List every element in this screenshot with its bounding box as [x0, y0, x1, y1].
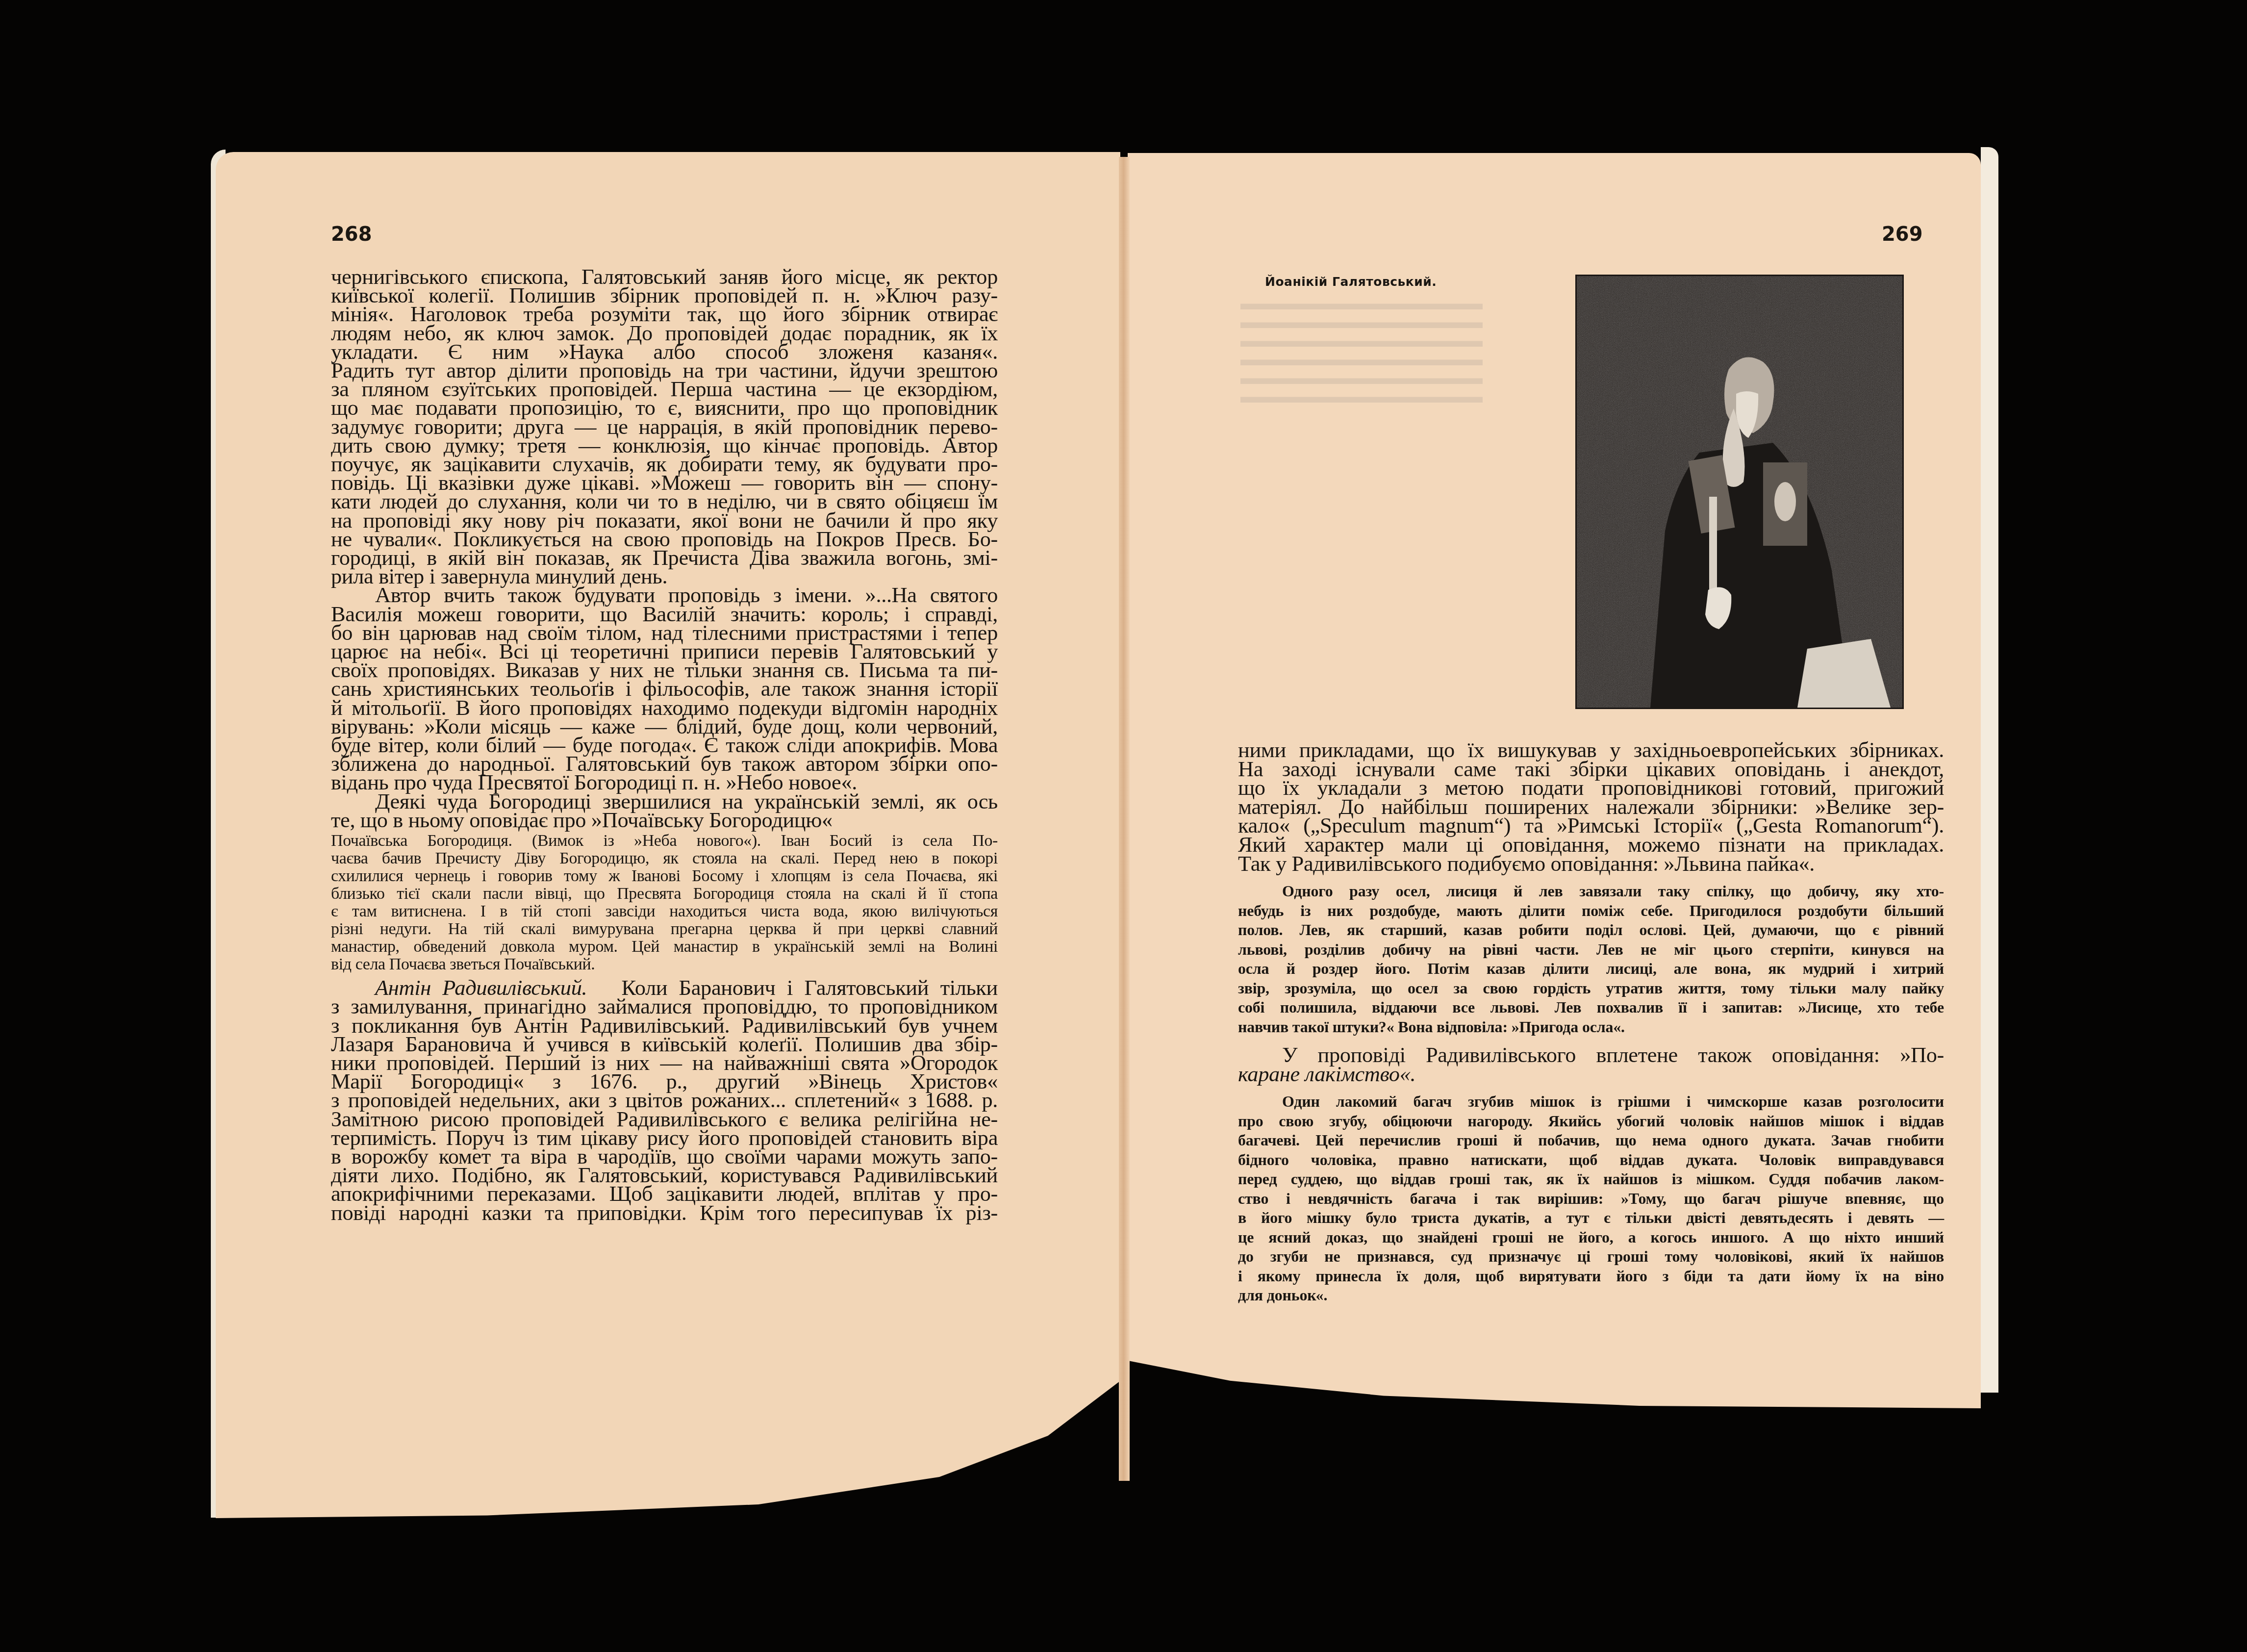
- portrait-engraving-icon: [1577, 276, 1902, 708]
- story-line: полов. Лев, як старший, казав робити под…: [1238, 920, 1944, 940]
- story-line: для доньок«.: [1238, 1286, 1944, 1305]
- book-gutter: [1119, 157, 1130, 1481]
- right-page-edge: [1981, 147, 1998, 1393]
- story-line: до згуби не признався, суд призначує ці …: [1238, 1247, 1944, 1267]
- portrait-image: [1575, 275, 1904, 709]
- text-line: повіді народні казки та приповідки. Крім…: [331, 1203, 998, 1222]
- story-line: небудь із них роздобуде, мають ділити по…: [1238, 901, 1944, 921]
- excerpt-line: чаєва бачив Пречисту Діву Богородицю, як…: [331, 850, 998, 867]
- excerpt-pochaiv: Почаївська Богородиця. (Вимок із »Неба н…: [331, 832, 998, 973]
- story-line: і якому принесла їх доля, щоб вирятувати…: [1238, 1267, 1944, 1286]
- story-line: Один лакомий багач згубив мішок із грішм…: [1238, 1092, 1944, 1112]
- bleed-through-text: ▬▬▬▬▬▬▬▬▬▬▬▬▬▬▬▬▬▬▬▬▬▬▬▬▬▬▬▬▬▬▬▬▬▬▬▬▬▬▬▬…: [1240, 294, 1559, 406]
- story-line: про свою згубу, обіцюючи нагороду. Якийс…: [1238, 1112, 1944, 1131]
- excerpt-line: від села Почаєва зветься Почаївський.: [331, 956, 998, 973]
- excerpt-line: манастир, обведений довкола муром. Цей м…: [331, 938, 998, 956]
- excerpt-line: Почаївська Богородиця. (Вимок із »Неба н…: [331, 832, 998, 850]
- story-line: ство і невдячність багача і так вирішив:…: [1238, 1189, 1944, 1209]
- excerpt-line: є там витиснена. І в тій стопі завсіди н…: [331, 903, 998, 920]
- page-number-right: 269: [1882, 223, 1923, 246]
- page-number-left: 268: [331, 223, 372, 246]
- excerpt-line: схилилися чернець і говорив тому ж Івано…: [331, 867, 998, 885]
- story-line: бідного чоловіка, правно натискати, щоб …: [1238, 1150, 1944, 1170]
- story-line: це ясний доказ, що знайдені гроші не йог…: [1238, 1228, 1944, 1247]
- story-line: звір, зрозуміла, що осел за свою гордіст…: [1238, 979, 1944, 998]
- story-line: перед суддею, що віддав гроші так, як їх…: [1238, 1169, 1944, 1189]
- excerpt-line: близько тієї скали пасли вівці, що Пресв…: [331, 885, 998, 903]
- story-line: осла й роздер його. Потім казав ділити л…: [1238, 959, 1944, 979]
- story-line: навчив такої штуки?« Вона відповіла: »Пр…: [1238, 1017, 1944, 1037]
- story-lions-share: Одного разу осел, лисиця й лев завязали …: [1238, 882, 1944, 1037]
- right-page-body: ними прикладами, що їх вишукував у захід…: [1238, 740, 1944, 1305]
- text-line: Так у Радивилівського подибуємо оповідан…: [1238, 854, 1944, 873]
- story-punished-greed: Один лакомий багач згубив мішок із грішм…: [1238, 1092, 1944, 1305]
- story-line: собі полишила, віддаючи все львові. Лев …: [1238, 998, 1944, 1017]
- story-line: львові, розділив добичу на рівні части. …: [1238, 940, 1944, 960]
- text-line: каране лакімство«.: [1238, 1065, 1944, 1084]
- left-page-body: чернигівського єпископа, Галятовський за…: [331, 267, 998, 1222]
- story-line: багачеві. Цей перечислив гроші й побачив…: [1238, 1131, 1944, 1150]
- story-line: в його мішку було триста дукатів, а тут …: [1238, 1208, 1944, 1228]
- story-line: Одного разу осел, лисиця й лев завязали …: [1238, 882, 1944, 901]
- figure-caption: Йоанікій Галятовський.: [1265, 275, 1437, 289]
- excerpt-line: різні недуги. На тій скалі вимурувана пр…: [331, 920, 998, 938]
